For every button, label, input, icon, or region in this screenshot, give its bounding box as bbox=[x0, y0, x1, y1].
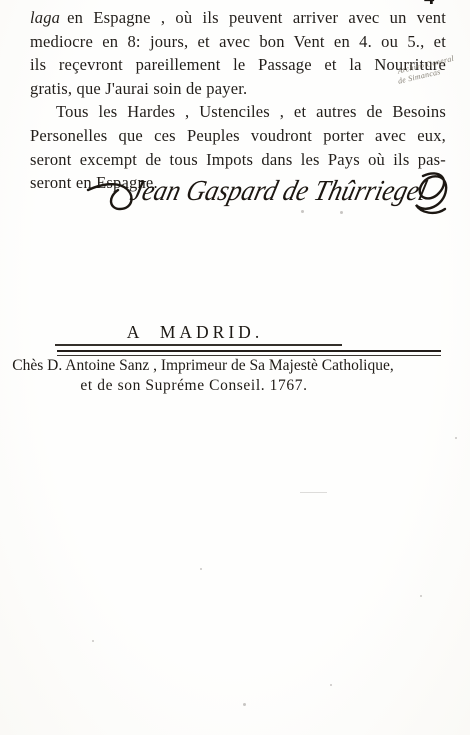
paper-speck bbox=[92, 640, 94, 642]
signature: Jean Gaspard de Thûrriegel bbox=[85, 148, 465, 222]
paper-speck bbox=[300, 492, 327, 493]
paper-speck bbox=[330, 684, 332, 686]
italic-word: laga bbox=[30, 8, 60, 27]
imprint-line: et de son Supréme Conseil. 1767. bbox=[0, 377, 388, 395]
text-line: Personelles que ces Peuples voudront por… bbox=[30, 124, 446, 148]
signature-svg: Jean Gaspard de Thûrriegel bbox=[85, 148, 465, 222]
paper-speck bbox=[340, 211, 343, 214]
signature-lead-flourish bbox=[88, 184, 132, 209]
paper-speck bbox=[420, 595, 422, 597]
imprint-place: A MADRID. bbox=[30, 322, 360, 343]
imprint-line: Chès D. Antoine Sanz , Imprimeur de Sa M… bbox=[0, 357, 406, 375]
text-line: Tous les Hardes , Ustenciles , et autres… bbox=[30, 100, 446, 124]
scanned-document-page: 4 lagaen Espagne , où ils peuvent arrive… bbox=[0, 0, 470, 735]
paper-speck bbox=[200, 568, 202, 570]
signature-name: Jean Gaspard de Thûrriegel bbox=[127, 175, 430, 207]
paper-speck bbox=[455, 437, 457, 439]
paper-speck bbox=[301, 210, 304, 213]
printers-rule-double bbox=[57, 350, 441, 356]
text-line-rest: en Espagne , où ils peuvent arriver avec… bbox=[67, 8, 446, 27]
printers-rule-thin bbox=[55, 344, 342, 346]
paper-speck bbox=[243, 703, 246, 706]
text-line: lagaen Espagne , où ils peuvent arriver … bbox=[30, 6, 446, 30]
text-line: mediocre en 8: jours, et avec bon Vent e… bbox=[30, 30, 446, 54]
